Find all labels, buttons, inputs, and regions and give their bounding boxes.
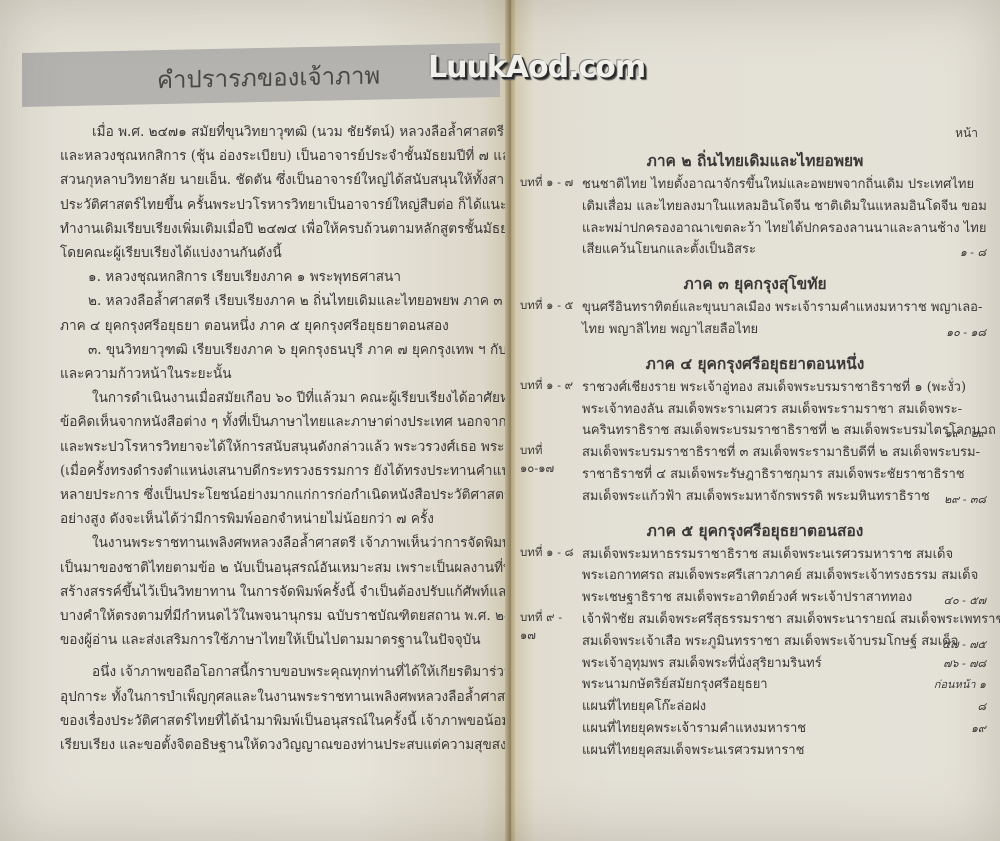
preface-line: ในงานพระราชทานเพลิงศพหลวงลือล้ำศาสตรี เจ…: [60, 531, 505, 555]
chapter-range: บทที่ ๑ - ๕: [520, 297, 580, 315]
preface-line: ของเรื่องประวัติศาสตร์ไทยที่ได้นำมาพิมพ์…: [60, 709, 505, 733]
toc-misc-entry[interactable]: แผนที่ไทยยุคโก๊ะล่อฝง๘: [582, 696, 990, 718]
entry-line: สมเด็จพระเจ้าเสือ พระภูมินทรราชา สมเด็จพ…: [582, 631, 954, 653]
page-range: ๑๐ - ๑๘: [946, 323, 986, 341]
toc-misc-entry[interactable]: แผนที่ไทยยุคสมเด็จพระนเรศวรมหาราช: [582, 740, 990, 762]
preface-line: ข้อคิดเห็นจากหนังสือต่าง ๆ ทั้งที่เป็นภา…: [60, 410, 505, 434]
table-of-contents: หน้า ภาค ๒ ถิ่นไทยเดิมและไทยอพยพบทที่ ๑ …: [520, 118, 990, 762]
chapter-range: บทที่ ๑ - ๘: [520, 544, 580, 562]
preface-line: ทำงานเดิมเรียบเรียงเพิ่มเติมเมื่อปี ๒๔๗๔…: [60, 217, 505, 241]
entry-text: ขุนศรีอินทราทิตย์และขุนบาลเมือง พระเจ้าร…: [582, 297, 954, 341]
entry-line: นครินทราธิราช สมเด็จพระบรมราชาธิราชที่ ๒…: [582, 420, 954, 442]
book-spread: คำปรารภของเจ้าภาพ เมื่อ พ.ศ. ๒๔๗๑ สมัยที…: [0, 0, 1000, 841]
preface-line: และความก้าวหน้าในระยะนั้น: [60, 362, 505, 386]
preface-line: โดยคณะผู้เรียบเรียงได้แบ่งงานกันดังนี้: [60, 241, 505, 265]
preface-line: บางคำให้ตรงตามที่มีกำหนดไว้ในพจนานุกรม ฉ…: [60, 604, 505, 628]
page-range: ๔๐ - ๕๗: [944, 591, 986, 609]
entry-line: เจ้าฟ้าชัย สมเด็จพระศรีสุธรรมราชา สมเด็จ…: [582, 609, 954, 631]
chapter-range: บทที่ ๑๐-๑๗: [520, 442, 580, 478]
preface-title: คำปรารภของเจ้าภาพ: [157, 56, 380, 100]
toc-part-heading: ภาค ๔ ยุคกรุงศรีอยุธยาตอนหนึ่ง: [520, 351, 990, 377]
entry-text: แผนที่ไทยยุคพระเจ้ารามคำแหงมหาราช: [582, 721, 806, 736]
toc-misc-entry[interactable]: แผนที่ไทยยุคพระเจ้ารามคำแหงมหาราช๑๙: [582, 718, 990, 740]
toc-entry[interactable]: บทที่ ๑ - ๗ชนชาติไทย ไทยตั้งอาณาจักรขึ้น…: [520, 174, 990, 261]
toc-part-heading: ภาค ๒ ถิ่นไทยเดิมและไทยอพยพ: [520, 148, 990, 174]
page-range: ๒๙ - ๓๘: [944, 490, 986, 508]
page-range: ๑ - ๘: [960, 243, 986, 261]
entry-text: สมเด็จพระบรมราชาธิราชที่ ๓ สมเด็จพระรามา…: [582, 442, 954, 507]
preface-line: เรียบเรียง และขอตั้งจิตอธิษฐานให้ดวงวิญญ…: [60, 733, 505, 757]
preface-line: ๒. หลวงลือล้ำศาสตรี เรียบเรียงภาค ๒ ถิ่น…: [60, 289, 505, 313]
page-range: ๕๗ - ๗๕: [942, 635, 986, 653]
entry-line: สมเด็จพระบรมราชาธิราชที่ ๓ สมเด็จพระรามา…: [582, 442, 954, 464]
preface-line: ๑. หลวงชุณหกสิการ เรียบเรียงภาค ๑ พระพุท…: [60, 265, 505, 289]
entry-line: เสียแคว้นโยนกและตั้งเป็นอิสระ: [582, 239, 954, 261]
entry-line: ราชาธิราชที่ ๔ สมเด็จพระรัษฎาธิราชกุมาร …: [582, 464, 954, 486]
preface-line: (เมื่อครั้งทรงดำรงตำแหน่งเสนาบดีกระทรวงธ…: [60, 459, 505, 483]
preface-line: เป็นมาของชาติไทยตามข้อ ๒ นับเป็นอนุสรณ์อ…: [60, 556, 505, 580]
preface-line: สร้างสรรค์ขึ้นไว้เป็นวิทยาทาน ในการจัดพิ…: [60, 580, 505, 604]
entry-line: เดิมเสื่อม และไทยลงมาในแหลมอินโดจีน ชาติ…: [582, 196, 954, 218]
chapter-range: บทที่ ๙ - ๑๗: [520, 609, 580, 645]
preface-line: หลายประการ ซึ่งเป็นประโยชน์อย่างมากแก่กา…: [60, 483, 505, 507]
entry-text: พระเจ้าอุทุมพร สมเด็จพระที่นั่งสุริยามริ…: [582, 656, 822, 671]
preface-line: และหลวงชุณหกสิการ (ชุ้น อ่องระเบียบ) เป็…: [60, 144, 505, 168]
preface-line: ในการดำเนินงานเมื่อสมัยเกือบ ๖๐ ปีที่แล้…: [60, 386, 505, 410]
entry-line: พระเอกาทศรถ สมเด็จพระศรีเสาวภาคย์ สมเด็จ…: [582, 565, 954, 587]
paragraph-gap: [60, 652, 505, 660]
page-range: ก่อนหน้า ๑: [934, 674, 986, 696]
entry-text: ราชวงศ์เชียงราย พระเจ้าอู่ทอง สมเด็จพระบ…: [582, 377, 954, 442]
preface-line: อนึ่ง เจ้าภาพขอถือโอกาสนี้กราบขอบพระคุณท…: [60, 660, 505, 684]
toc-entry[interactable]: บทที่ ๑ - ๘สมเด็จพระมหาธรรมราชาธิราช สมเ…: [520, 544, 990, 609]
preface-body: เมื่อ พ.ศ. ๒๔๗๑ สมัยที่ขุนวิทยาวุฑฒิ (นว…: [60, 120, 505, 757]
chapter-range: บทที่ ๑ - ๙: [520, 377, 580, 395]
entry-text: พระนามกษัตริย์สมัยกรุงศรีอยุธยา: [582, 677, 768, 692]
toc-entry[interactable]: บทที่ ๑ - ๙ราชวงศ์เชียงราย พระเจ้าอู่ทอง…: [520, 377, 990, 442]
toc-misc-entry[interactable]: พระนามกษัตริย์สมัยกรุงศรีอยุธยาก่อนหน้า …: [582, 674, 990, 696]
entry-line: ราชวงศ์เชียงราย พระเจ้าอู่ทอง สมเด็จพระบ…: [582, 377, 954, 399]
preface-line: อย่างสูง ดังจะเห็นได้ว่ามีการพิมพ์ออกจำห…: [60, 507, 505, 531]
page-range: ๘: [978, 696, 987, 718]
entry-text: เจ้าฟ้าชัย สมเด็จพระศรีสุธรรมราชา สมเด็จ…: [582, 609, 954, 653]
preface-line: ประวัติศาสตร์ไทยขึ้น ครั้นพระปวโรหารวิทย…: [60, 193, 505, 217]
entry-line: และพม่าปกครองอาณาเขตละว้า ไทยได้ปกครองลา…: [582, 218, 954, 240]
entry-text: แผนที่ไทยยุคโก๊ะล่อฝง: [582, 699, 706, 714]
left-page-preface: คำปรารภของเจ้าภาพ เมื่อ พ.ศ. ๒๔๗๑ สมัยที…: [0, 0, 508, 841]
watermark-logo: LuukAod.com: [428, 50, 645, 85]
preface-line: เมื่อ พ.ศ. ๒๔๗๑ สมัยที่ขุนวิทยาวุฑฒิ (นว…: [60, 120, 505, 144]
toc-entry[interactable]: บทที่ ๑๐-๑๗สมเด็จพระบรมราชาธิราชที่ ๓ สม…: [520, 442, 990, 507]
page-column-label: หน้า: [955, 124, 978, 143]
preface-line: ๓. ขุนวิทยาวุฑฒิ เรียบเรียงภาค ๖ ยุคกรุง…: [60, 338, 505, 362]
entry-line: ขุนศรีอินทราทิตย์และขุนบาลเมือง พระเจ้าร…: [582, 297, 954, 319]
entry-line: พระเจ้าทองลัน สมเด็จพระราเมศวร สมเด็จพระ…: [582, 399, 954, 421]
preface-line: ภาค ๔ ยุคกรุงศรีอยุธยา ตอนหนึ่ง ภาค ๕ ยุ…: [60, 314, 505, 338]
entry-line: สมเด็จพระแก้วฟ้า สมเด็จพระมหาจักรพรรดิ พ…: [582, 486, 954, 508]
preface-line: และพระปวโรหารวิทยาจะได้ให้การสนับสนุนดัง…: [60, 435, 505, 459]
page-range: ๑๙: [971, 718, 986, 740]
entry-line: ไทย พญาลิไทย พญาไสยลือไทย: [582, 319, 954, 341]
toc-part-heading: ภาค ๓ ยุคกรุงสุโขทัย: [520, 271, 990, 297]
preface-line: ของผู้อ่าน และส่งเสริมการใช้ภาษาไทยให้เป…: [60, 628, 505, 652]
toc-entry[interactable]: บทที่ ๑ - ๕ขุนศรีอินทราทิตย์และขุนบาลเมื…: [520, 297, 990, 341]
page-range: ๑๙ - ๒๙: [945, 424, 986, 442]
entry-text: แผนที่ไทยยุคสมเด็จพระนเรศวรมหาราช: [582, 743, 804, 758]
toc-entry[interactable]: บทที่ ๙ - ๑๗เจ้าฟ้าชัย สมเด็จพระศรีสุธรร…: [520, 609, 990, 653]
preface-line: อุปการะ ทั้งในการบำเพ็ญกุศลและในงานพระรา…: [60, 685, 505, 709]
entry-text: ชนชาติไทย ไทยตั้งอาณาจักรขึ้นใหม่และอพยพ…: [582, 174, 954, 261]
toc-part-heading: ภาค ๕ ยุคกรุงศรีอยุธยาตอนสอง: [520, 518, 990, 544]
entry-line: สมเด็จพระมหาธรรมราชาธิราช สมเด็จพระนเรศว…: [582, 544, 954, 566]
entry-text: สมเด็จพระมหาธรรมราชาธิราช สมเด็จพระนเรศว…: [582, 544, 954, 609]
entry-line: ชนชาติไทย ไทยตั้งอาณาจักรขึ้นใหม่และอพยพ…: [582, 174, 954, 196]
toc-misc-entry[interactable]: พระเจ้าอุทุมพร สมเด็จพระที่นั่งสุริยามริ…: [582, 653, 990, 675]
preface-line: สวนกุหลาบวิทยาลัย นายเอ็น. ชัดตัน ซึ่งเป…: [60, 168, 505, 192]
page-range: ๗๖ - ๗๘: [943, 653, 986, 675]
entry-line: พระเชษฐาธิราช สมเด็จพระอาทิตย์วงศ์ พระเจ…: [582, 587, 954, 609]
chapter-range: บทที่ ๑ - ๗: [520, 174, 580, 192]
